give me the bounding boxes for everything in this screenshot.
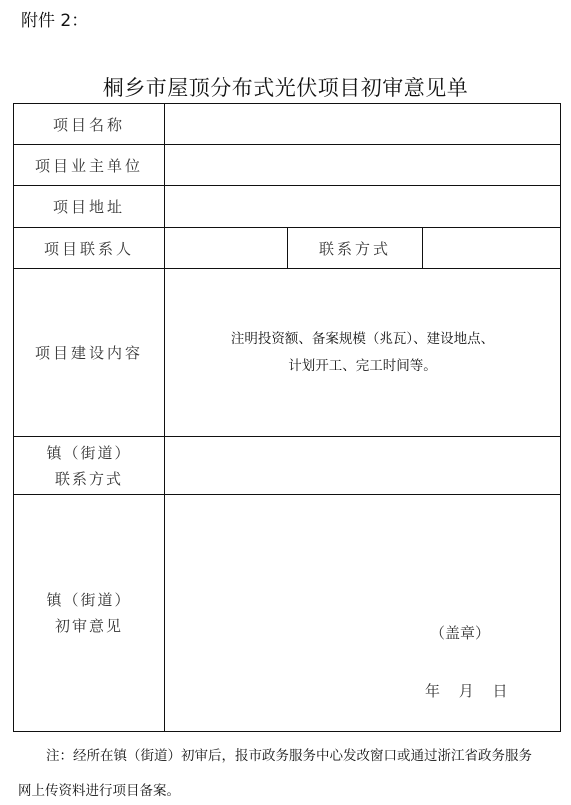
note-line1: 注：经所在镇（街道）初审后，报市政务服务中心发改窗口或通过浙江省政务服务	[46, 744, 571, 764]
row-contact: 项目联系人 联系方式	[14, 228, 561, 269]
construction-hint-line2: 计划开工、完工时间等。	[165, 353, 560, 380]
form-title: 桐乡市屋顶分布式光伏项目初审意见单	[0, 72, 571, 102]
review-form-table: 项目名称 项目业主单位 项目地址 项目联系人 联系方式 项目建设内容 注明投资额…	[13, 103, 561, 732]
construction-hint-line1: 注明投资额、备案规模（兆瓦）、建设地点、	[165, 326, 560, 353]
row-project-address: 项目地址	[14, 186, 561, 228]
project-address-field[interactable]	[165, 186, 561, 228]
town-opinion-label-line1: 镇（街道）	[14, 587, 164, 613]
project-contact-field[interactable]	[165, 228, 288, 269]
town-contact-field[interactable]	[165, 437, 561, 495]
row-town-opinion: 镇（街道） 初审意见 （盖章） 年 月 日	[14, 495, 561, 732]
date-label: 年 月 日	[425, 680, 508, 701]
row-construction-content: 项目建设内容 注明投资额、备案规模（兆瓦）、建设地点、 计划开工、完工时间等。	[14, 269, 561, 437]
row-project-name: 项目名称	[14, 104, 561, 145]
contact-method-label: 联系方式	[288, 228, 423, 269]
row-owner-unit: 项目业主单位	[14, 145, 561, 186]
stamp-label: （盖章）	[430, 622, 490, 643]
town-contact-label-line1: 镇（街道）	[14, 440, 164, 466]
attachment-label: 附件 2：	[21, 6, 88, 31]
project-name-label: 项目名称	[14, 104, 165, 145]
town-opinion-label: 镇（街道） 初审意见	[14, 495, 165, 732]
contact-method-field[interactable]	[423, 228, 561, 269]
owner-unit-field[interactable]	[165, 145, 561, 186]
project-contact-label: 项目联系人	[14, 228, 165, 269]
town-opinion-field[interactable]: （盖章） 年 月 日	[165, 495, 561, 732]
note-line2: 网上传资料进行项目备案。	[18, 779, 558, 799]
town-contact-label: 镇（街道） 联系方式	[14, 437, 165, 495]
construction-content-field[interactable]: 注明投资额、备案规模（兆瓦）、建设地点、 计划开工、完工时间等。	[165, 269, 561, 437]
construction-content-label: 项目建设内容	[14, 269, 165, 437]
owner-unit-label: 项目业主单位	[14, 145, 165, 186]
town-contact-label-line2: 联系方式	[14, 466, 164, 492]
project-address-label: 项目地址	[14, 186, 165, 228]
row-town-contact: 镇（街道） 联系方式	[14, 437, 561, 495]
project-name-field[interactable]	[165, 104, 561, 145]
town-opinion-label-line2: 初审意见	[14, 613, 164, 639]
